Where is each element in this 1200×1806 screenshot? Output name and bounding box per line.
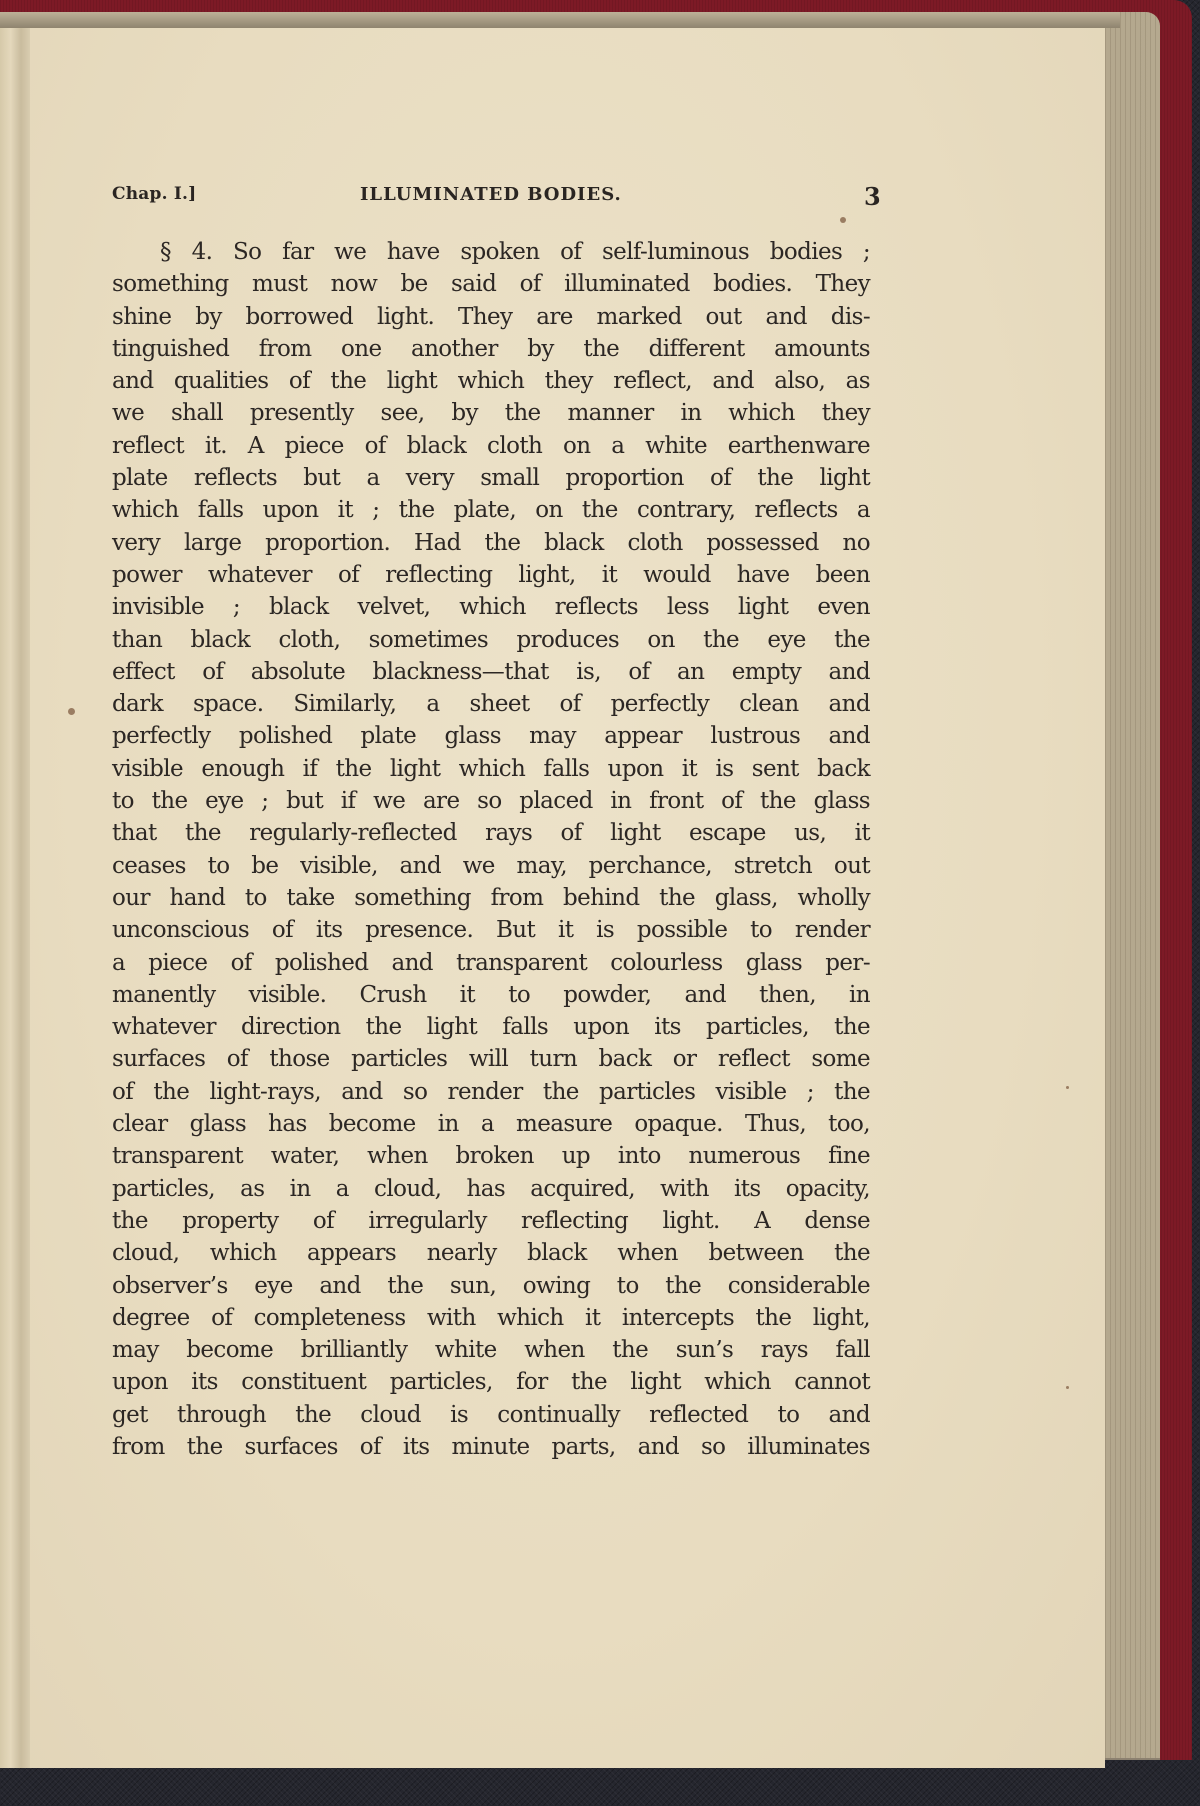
text-line: may become brilliantly white when the su… [112, 1334, 870, 1366]
page-number: 3 [864, 182, 881, 211]
text-line: clear glass has become in a measure opaq… [112, 1108, 870, 1140]
running-title: ILLUMINATED BODIES. [360, 184, 622, 205]
text-line: upon its constituent particles, for the … [112, 1366, 870, 1398]
paper-speck [840, 217, 846, 223]
running-head: Chap. I.] ILLUMINATED BODIES. 3 [112, 182, 882, 212]
text-line: shine by borrowed light. They are marked… [112, 301, 870, 333]
text-line: power whatever of reflecting light, it w… [112, 559, 870, 591]
text-line: which falls upon it ; the plate, on the … [112, 494, 870, 526]
text-line: tinguished from one another by the diffe… [112, 333, 870, 365]
paper-speck [1066, 1086, 1069, 1089]
text-line: our hand to take something from behind t… [112, 882, 870, 914]
page-gutter [0, 28, 30, 1768]
text-line: manently visible. Crush it to powder, an… [112, 979, 870, 1011]
text-line: from the surfaces of its minute parts, a… [112, 1431, 870, 1463]
body-text: § 4. So far we have spoken of self-lumin… [112, 236, 870, 1463]
text-line: of the light-rays, and so render the par… [112, 1076, 870, 1108]
paper-speck [68, 708, 75, 715]
text-line: ceases to be visible, and we may, percha… [112, 850, 870, 882]
paper-speck [1066, 1386, 1069, 1389]
text-line: something must now be said of illuminate… [112, 268, 870, 300]
text-line: whatever direction the light falls upon … [112, 1011, 870, 1043]
text-line: perfectly polished plate glass may appea… [112, 720, 870, 752]
text-line: than black cloth, sometimes produces on … [112, 624, 870, 656]
text-line: and qualities of the light which they re… [112, 365, 870, 397]
text-line: transparent water, when broken up into n… [112, 1140, 870, 1172]
text-line: to the eye ; but if we are so placed in … [112, 785, 870, 817]
text-line: § 4. So far we have spoken of self-lumin… [112, 236, 870, 268]
text-line: effect of absolute blackness—that is, of… [112, 656, 870, 688]
text-line: get through the cloud is continually ref… [112, 1399, 870, 1431]
text-line: we shall presently see, by the manner in… [112, 397, 870, 429]
text-line: particles, as in a cloud, has acquired, … [112, 1173, 870, 1205]
text-line: observer’s eye and the sun, owing to the… [112, 1270, 870, 1302]
text-line: cloud, which appears nearly black when b… [112, 1237, 870, 1269]
text-line: invisible ; black velvet, which reflects… [112, 591, 870, 623]
text-line: that the regularly-reflected rays of lig… [112, 817, 870, 849]
page-block-top-edge [0, 12, 1120, 28]
text-line: plate reflects but a very small proporti… [112, 462, 870, 494]
text-line: very large proportion. Had the black clo… [112, 527, 870, 559]
text-line: unconscious of its presence. But it is p… [112, 914, 870, 946]
text-line: visible enough if the light which falls … [112, 753, 870, 785]
chapter-label: Chap. I.] [112, 184, 196, 204]
text-line: a piece of polished and transparent colo… [112, 947, 870, 979]
text-line: dark space. Similarly, a sheet of perfec… [112, 688, 870, 720]
text-line: the property of irregularly reflecting l… [112, 1205, 870, 1237]
text-line: degree of completeness with which it int… [112, 1302, 870, 1334]
text-line: reflect it. A piece of black cloth on a … [112, 430, 870, 462]
text-line: surfaces of those particles will turn ba… [112, 1043, 870, 1075]
